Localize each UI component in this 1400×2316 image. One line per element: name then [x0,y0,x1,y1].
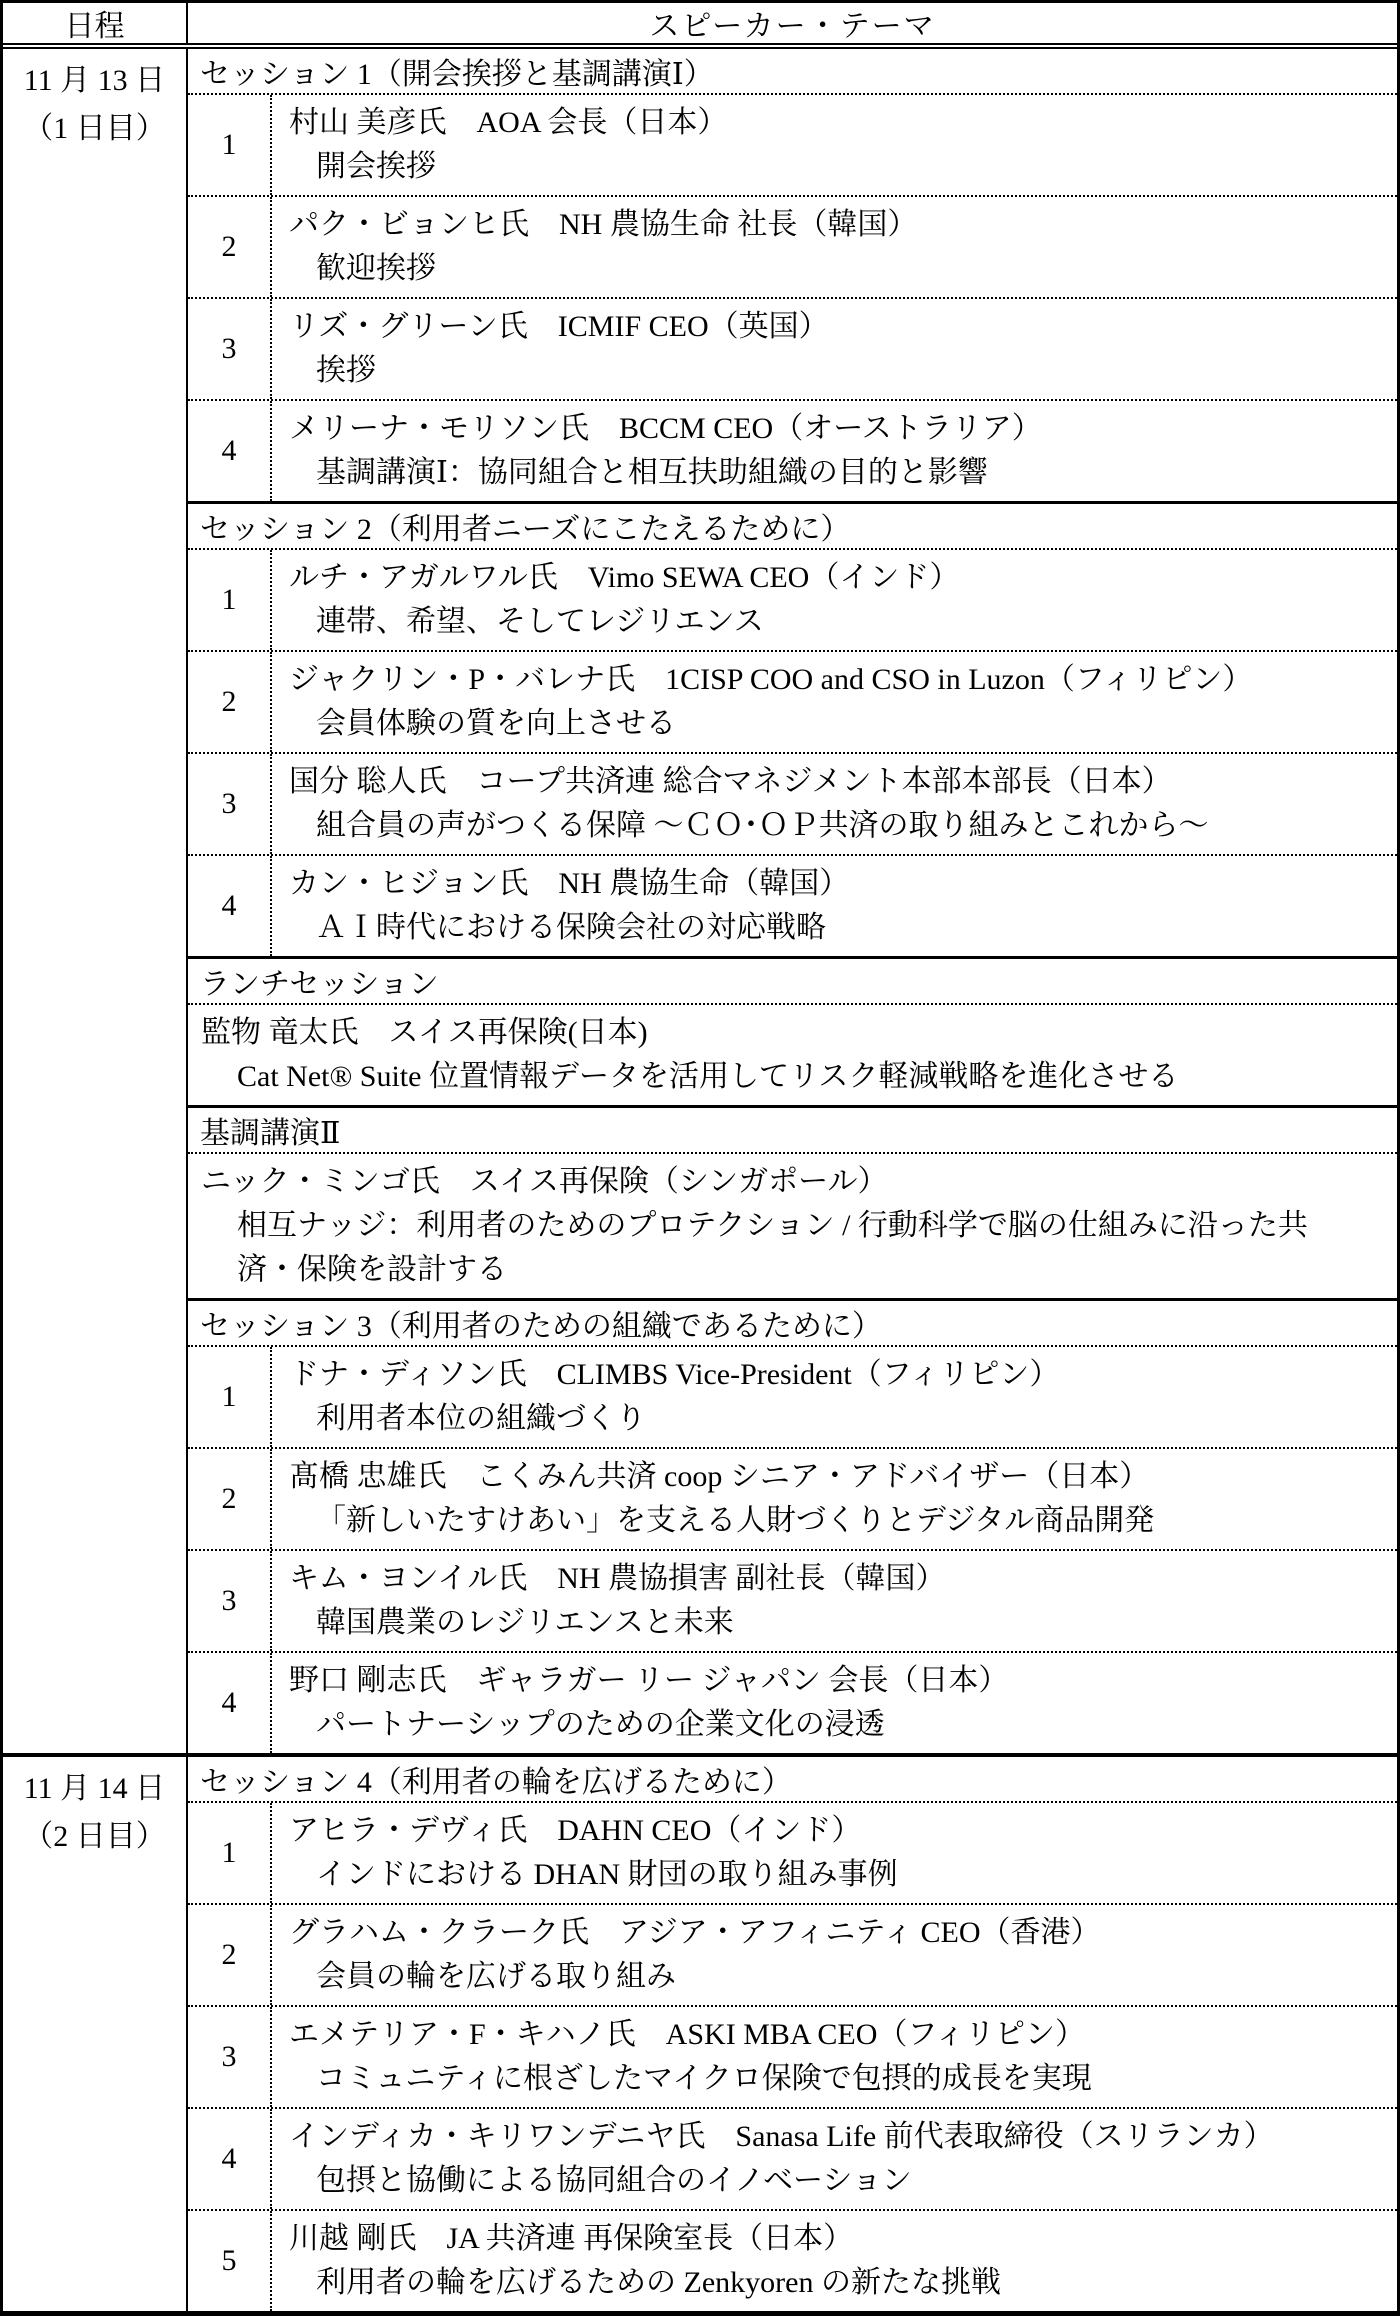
item-row: 4野口 剛志氏 ギャラガー リー ジャパン 会長（日本）パートナーシップのための… [188,1651,1397,1753]
speaker-line: 村山 美彦氏 AOA 会長（日本） [289,101,1389,145]
item-row: 4カン・ヒジョン氏 NH 農協生命（韓国）ＡＩ時代における保険会社の対応戦略 [188,854,1397,956]
theme-line: 基調講演Ⅰ：協同組合と相互扶助組織の目的と影響 [289,451,1389,495]
item-number: 3 [188,1551,272,1651]
day-row: 11 月 14 日（2 日目）セッション 4（利用者の輪を広げるために）1アヒラ… [3,1753,1397,2311]
theme-line: コミュニティに根ざしたマイクロ保険で包摂的成長を実現 [289,2057,1389,2101]
item-number: 3 [188,754,272,854]
item-row: 3国分 聡人氏 コープ共済連 総合マネジメント本部本部長（日本）組合員の声がつく… [188,752,1397,854]
item-body: リズ・グリーン氏 ICMIF CEO（英国）挨拶 [272,299,1397,399]
speaker-line: リズ・グリーン氏 ICMIF CEO（英国） [289,305,1389,349]
item-row: 5川越 剛氏 JA 共済連 再保険室長（日本）利用者の輪を広げるための Zenk… [188,2209,1397,2311]
item-number: 2 [188,1449,272,1549]
speaker-line: カン・ヒジョン氏 NH 農協生命（韓国） [289,862,1389,906]
item-row: 1ルチ・アガルワル氏 Vimo SEWA CEO（インド）連帯、希望、そしてレジ… [188,548,1397,650]
item-body: ジャクリン・P・バレナ氏 1CISP COO and CSO in Luzon（… [272,652,1397,752]
item-body: 野口 剛志氏 ギャラガー リー ジャパン 会長（日本）パートナーシップのための企… [272,1653,1397,1753]
session-title: ランチセッション [200,959,439,1003]
item-row: 3エメテリア・F・キハノ氏 ASKI MBA CEO（フィリピン）コミュニティに… [188,2005,1397,2107]
item-body: インディカ・キリワンデニヤ氏 Sanasa Life 前代表取締役（スリランカ）… [272,2109,1397,2209]
speaker-line: キム・ヨンイル氏 NH 農協損害 副社長（韓国） [289,1557,1389,1601]
date-cell: 11 月 13 日（1 日目） [3,49,188,1753]
speaker-line: 野口 剛志氏 ギャラガー リー ジャパン 会長（日本） [289,1659,1389,1703]
topic-column-header: スピーカー・テーマ [188,3,1397,43]
schedule-table: 日程 スピーカー・テーマ 11 月 13 日（1 日目）セッション 1（開会挨拶… [0,0,1400,2316]
item-row: 3キム・ヨンイル氏 NH 農協損害 副社長（韓国）韓国農業のレジリエンスと未来 [188,1549,1397,1651]
item-body: ルチ・アガルワル氏 Vimo SEWA CEO（インド）連帯、希望、そしてレジリ… [272,550,1397,650]
theme-line: 組合員の声がつくる保障 〜ＣＯ･ＯＰ共済の取り組みとこれから〜 [289,804,1389,848]
session-row: セッション 1（開会挨拶と基調講演Ⅰ） [188,49,1397,93]
speaker-line: 監物 竜太氏 スイス再保険(日本) [201,1011,1389,1055]
session-row: セッション 4（利用者の輪を広げるために） [188,1757,1397,1801]
session-title: 基調講演Ⅱ [200,1108,340,1152]
theme-line: パートナーシップのための企業文化の浸透 [289,1703,1389,1747]
speaker-line: パク・ビョンヒ氏 NH 農協生命 社長（韓国） [289,203,1389,247]
day-row: 11 月 13 日（1 日目）セッション 1（開会挨拶と基調講演Ⅰ）1村山 美彦… [3,49,1397,1753]
table-header: 日程 スピーカー・テーマ [3,3,1397,49]
item-number: 2 [188,1905,272,2005]
item-number: 5 [188,2211,272,2311]
item-body: パク・ビョンヒ氏 NH 農協生命 社長（韓国）歓迎挨拶 [272,197,1397,297]
item-body: アヒラ・デヴィ氏 DAHN CEO（インド）インドにおける DHAN 財団の取り… [272,1803,1397,1903]
session-row: セッション 2（利用者ニーズにこたえるために） [188,501,1397,548]
item-body: グラハム・クラーク氏 アジア・アフィニティ CEO（香港）会員の輪を広げる取り組… [272,1905,1397,2005]
theme-line: 包摂と協働による協同組合のイノベーション [289,2159,1389,2203]
theme-line: 利用者本位の組織づくり [289,1397,1389,1441]
day-blocks: セッション 4（利用者の輪を広げるために）1アヒラ・デヴィ氏 DAHN CEO（… [188,1757,1397,2311]
session-row: セッション 3（利用者のための組織であるために） [188,1298,1397,1345]
speaker-line: エメテリア・F・キハノ氏 ASKI MBA CEO（フィリピン） [289,2013,1389,2057]
speaker-line: インディカ・キリワンデニヤ氏 Sanasa Life 前代表取締役（スリランカ） [289,2115,1389,2159]
item-number: 1 [188,1803,272,1903]
item-body: 国分 聡人氏 コープ共済連 総合マネジメント本部本部長（日本）組合員の声がつくる… [272,754,1397,854]
item-body: 川越 剛氏 JA 共済連 再保険室長（日本）利用者の輪を広げるための Zenky… [272,2211,1397,2311]
item-row: 1アヒラ・デヴィ氏 DAHN CEO（インド）インドにおける DHAN 財団の取… [188,1801,1397,1903]
item-row: 1ドナ・ディソン氏 CLIMBS Vice-President（フィリピン）利用… [188,1345,1397,1447]
session-row: 基調講演Ⅱ [188,1105,1397,1152]
item-row: 2パク・ビョンヒ氏 NH 農協生命 社長（韓国）歓迎挨拶 [188,195,1397,297]
theme-line: インドにおける DHAN 財団の取り組み事例 [289,1853,1389,1897]
speaker-line: 髙橋 忠雄氏 こくみん共済 coop シニア・アドバイザー（日本） [289,1455,1389,1499]
theme-line: 韓国農業のレジリエンスと未来 [289,1601,1389,1645]
item-body: キム・ヨンイル氏 NH 農協損害 副社長（韓国）韓国農業のレジリエンスと未来 [272,1551,1397,1651]
item-row: 4メリーナ・モリソン氏 BCCM CEO（オーストラリア）基調講演Ⅰ：協同組合と… [188,399,1397,501]
theme-line: 相互ナッジ：利用者のためのプロテクション / 行動科学で脳の仕組みに沿った共済・… [201,1204,1389,1292]
theme-line: 「新しいたすけあい」を支える人財づくりとデジタル商品開発 [289,1499,1389,1543]
item-number: 3 [188,2007,272,2107]
session-row: ランチセッション [188,956,1397,1003]
item-row: 1村山 美彦氏 AOA 会長（日本）開会挨拶 [188,93,1397,195]
date-line: 11 月 14 日 [3,1765,186,1813]
item-body: ドナ・ディソン氏 CLIMBS Vice-President（フィリピン）利用者… [272,1347,1397,1447]
speaker-line: 川越 剛氏 JA 共済連 再保険室長（日本） [289,2217,1389,2261]
date-column-header: 日程 [3,3,188,43]
item-number: 1 [188,550,272,650]
item-number: 2 [188,652,272,752]
item-body: 監物 竜太氏 スイス再保険(日本)Cat Net® Suite 位置情報データを… [188,1005,1397,1105]
item-row: ニック・ミンゴ氏 スイス再保険（シンガポール）相互ナッジ：利用者のためのプロテク… [188,1152,1397,1298]
item-number: 4 [188,856,272,956]
item-row: 2髙橋 忠雄氏 こくみん共済 coop シニア・アドバイザー（日本）「新しいたす… [188,1447,1397,1549]
item-number: 4 [188,2109,272,2209]
item-body: カン・ヒジョン氏 NH 農協生命（韓国）ＡＩ時代における保険会社の対応戦略 [272,856,1397,956]
speaker-line: 国分 聡人氏 コープ共済連 総合マネジメント本部本部長（日本） [289,760,1389,804]
item-body: 村山 美彦氏 AOA 会長（日本）開会挨拶 [272,95,1397,195]
theme-line: ＡＩ時代における保険会社の対応戦略 [289,906,1389,950]
session-title: セッション 2（利用者ニーズにこたえるために） [200,504,850,548]
theme-line: Cat Net® Suite 位置情報データを活用してリスク軽減戦略を進化させる [201,1055,1389,1099]
speaker-line: ルチ・アガルワル氏 Vimo SEWA CEO（インド） [289,556,1389,600]
date-line: 11 月 13 日 [3,57,186,105]
item-number: 2 [188,197,272,297]
item-number: 4 [188,1653,272,1753]
session-title: セッション 1（開会挨拶と基調講演Ⅰ） [200,49,714,93]
date-cell: 11 月 14 日（2 日目） [3,1757,188,2311]
theme-line: 会員体験の質を向上させる [289,702,1389,746]
speaker-line: ニック・ミンゴ氏 スイス再保険（シンガポール） [201,1160,1389,1204]
item-row: 3リズ・グリーン氏 ICMIF CEO（英国）挨拶 [188,297,1397,399]
theme-line: 歓迎挨拶 [289,247,1389,291]
speaker-line: ドナ・ディソン氏 CLIMBS Vice-President（フィリピン） [289,1353,1389,1397]
item-row: 4インディカ・キリワンデニヤ氏 Sanasa Life 前代表取締役（スリランカ… [188,2107,1397,2209]
speaker-line: ジャクリン・P・バレナ氏 1CISP COO and CSO in Luzon（… [289,658,1389,702]
item-number: 3 [188,299,272,399]
item-body: エメテリア・F・キハノ氏 ASKI MBA CEO（フィリピン）コミュニティに根… [272,2007,1397,2107]
date-line: （1 日目） [3,105,186,153]
theme-line: 開会挨拶 [289,145,1389,189]
item-body: メリーナ・モリソン氏 BCCM CEO（オーストラリア）基調講演Ⅰ：協同組合と相… [272,401,1397,501]
theme-line: 利用者の輪を広げるための Zenkyoren の新たな挑戦 [289,2261,1389,2305]
theme-line: 挨拶 [289,349,1389,393]
item-body: 髙橋 忠雄氏 こくみん共済 coop シニア・アドバイザー（日本）「新しいたすけ… [272,1449,1397,1549]
item-row: 2ジャクリン・P・バレナ氏 1CISP COO and CSO in Luzon… [188,650,1397,752]
item-number: 1 [188,1347,272,1447]
theme-line: 会員の輪を広げる取り組み [289,1955,1389,1999]
item-row: 監物 竜太氏 スイス再保険(日本)Cat Net® Suite 位置情報データを… [188,1003,1397,1105]
speaker-line: メリーナ・モリソン氏 BCCM CEO（オーストラリア） [289,407,1389,451]
schedule-days: 11 月 13 日（1 日目）セッション 1（開会挨拶と基調講演Ⅰ）1村山 美彦… [3,49,1397,2311]
date-line: （2 日目） [3,1813,186,1861]
session-title: セッション 4（利用者の輪を広げるために） [200,1757,792,1801]
item-number: 1 [188,95,272,195]
item-row: 2グラハム・クラーク氏 アジア・アフィニティ CEO（香港）会員の輪を広げる取り… [188,1903,1397,2005]
speaker-line: グラハム・クラーク氏 アジア・アフィニティ CEO（香港） [289,1911,1389,1955]
speaker-line: アヒラ・デヴィ氏 DAHN CEO（インド） [289,1809,1389,1853]
item-body: ニック・ミンゴ氏 スイス再保険（シンガポール）相互ナッジ：利用者のためのプロテク… [188,1154,1397,1298]
session-title: セッション 3（利用者のための組織であるために） [200,1301,882,1345]
day-blocks: セッション 1（開会挨拶と基調講演Ⅰ）1村山 美彦氏 AOA 会長（日本）開会挨… [188,49,1397,1753]
item-number: 4 [188,401,272,501]
theme-line: 連帯、希望、そしてレジリエンス [289,600,1389,644]
